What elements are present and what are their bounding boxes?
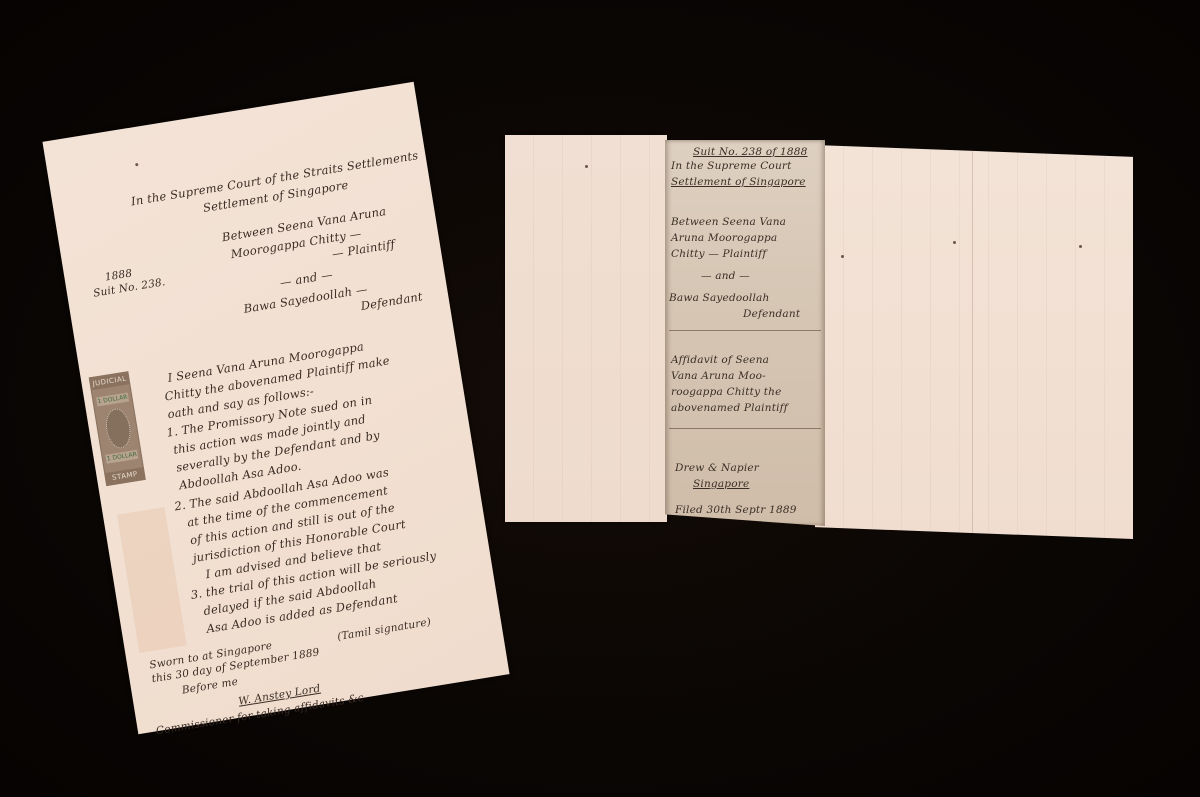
cover-parties-line3: Chitty — Plaintiff (671, 248, 766, 260)
cover-parties-line1: Between Seena Vana (671, 216, 786, 228)
cover-and-label: — and — (701, 270, 750, 282)
cover-suit-number: Suit No. 238 of 1888 (693, 146, 808, 158)
judicial-stamp: JUDICIAL 1 DOLLAR 1 DOLLAR STAMP (89, 371, 146, 486)
stamp-bottom-label: STAMP (105, 467, 144, 485)
paper-speck (841, 255, 844, 258)
and-label: — and — (279, 267, 334, 289)
defendant-name: Bawa Sayedoollah — (243, 282, 369, 316)
cover-title-line3: roogappa Chitty the (671, 386, 782, 398)
ruled-lines (815, 145, 1133, 539)
cover-court-line: In the Supreme Court (671, 160, 792, 172)
cover-defendant-label: Defendant (743, 308, 800, 320)
stamp-top-label: JUDICIAL (90, 372, 129, 390)
cover-endorsement-panel: Suit No. 238 of 1888 In the Supreme Cour… (665, 140, 825, 526)
stamp-value-bottom: 1 DOLLAR (105, 450, 138, 464)
cover-title-line1: Affidavit of Seena (671, 354, 769, 366)
deponent-signature: (Tamil signature) (336, 616, 431, 643)
filed-date: Filed 30th Septr 1889 (675, 504, 797, 516)
cover-right-flap (815, 145, 1133, 539)
paper-stain (117, 507, 187, 653)
cover-left-flap (505, 135, 667, 522)
ruled-lines (505, 135, 667, 522)
cover-title-line4: abovenamed Plaintiff (671, 402, 788, 414)
cover-parties-line2: Aruna Moorogappa (671, 232, 777, 244)
cover-title-line2: Vana Aruna Moo- (671, 370, 766, 382)
section-divider (669, 330, 821, 331)
cover-defendant-name: Bawa Sayedoollah (669, 292, 769, 304)
solicitors-name: Drew & Napier (675, 462, 759, 474)
fold-crease (972, 145, 973, 539)
paper-speck (135, 163, 138, 166)
paper-speck (1079, 245, 1082, 248)
section-divider (669, 428, 821, 429)
stamp-portrait-icon (103, 407, 133, 450)
solicitors-city: Singapore (693, 478, 749, 490)
stamp-value-top: 1 DOLLAR (96, 393, 129, 407)
cover-settlement-line: Settlement of Singapore (671, 176, 806, 188)
defendant-label: Defendant (360, 289, 424, 313)
paper-speck (953, 241, 956, 244)
paper-speck (585, 165, 588, 168)
